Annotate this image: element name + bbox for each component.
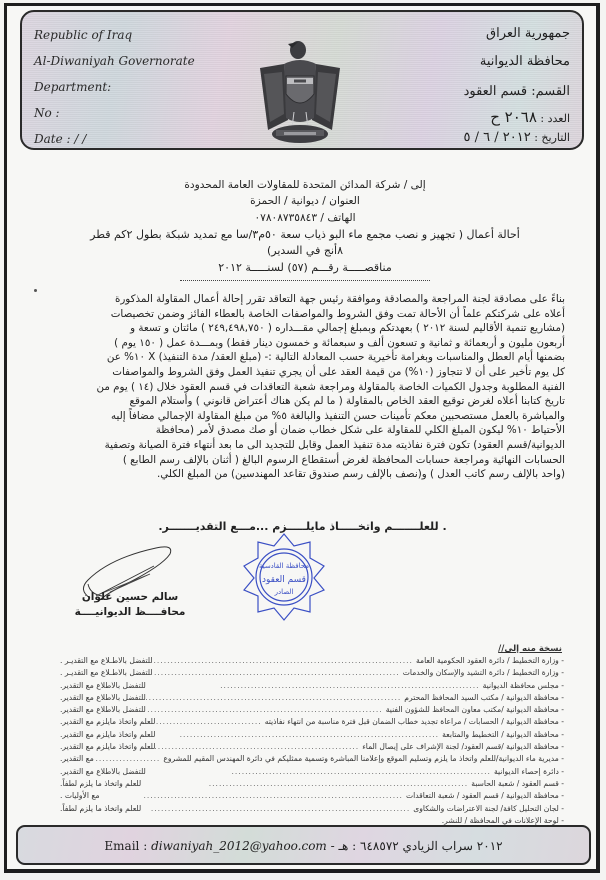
- body-line: الفنية المطلوبة وجدول الكميات الخاصة بال…: [40, 380, 565, 395]
- copy-recipient: - قسم العقود / شعبة الحاسبة: [471, 778, 564, 790]
- header-ar-department: القسم: قسم العقود: [464, 84, 570, 99]
- margin-mark: [34, 289, 37, 292]
- header-en-governorate: Al-Diwaniyah Governorate: [34, 54, 195, 68]
- copy-item: - مديرية ماء الديوانية/للعلم واتخاذ ما ي…: [60, 753, 564, 765]
- body-line: الديوانية/قسم العقود) تكون فترة نفاذيته …: [40, 438, 565, 453]
- email-address[interactable]: diwaniyah_2012@yahoo.com: [151, 839, 327, 853]
- copy-item: - مجلس محافظة الديوانية.................…: [60, 680, 564, 692]
- body-line: كل يوم تأخير على أن لا تتجاوز (١٠%) من ق…: [40, 365, 565, 380]
- copy-recipient: - وزارة التخطيط / دائرة التشيد والإسكان …: [403, 667, 564, 679]
- body-line: بناءً على مصادقة لجنة المراجعة والمصادقة…: [40, 292, 565, 307]
- copy-item: - محافظة الديوانية /مكتب معاون المحافظ ل…: [60, 704, 564, 716]
- addressee-to: إلى / شركة المدائن المتحدة للمقاولات الع…: [30, 178, 580, 193]
- tender-number: مناقصـــــة رقـــم (٥٧) لسنـــــة ٢٠١٢: [30, 261, 580, 276]
- subject-line-1: أحالة أعمال ( تجهيز و نصب مجمع ماء البو …: [30, 228, 580, 243]
- copy-action: للتفضل بالاطلاع مع التقدير.: [60, 704, 146, 716]
- body-line: تاريخ كتابنا أعلاه لغرض توقيع العقد الخا…: [40, 394, 565, 409]
- body-line: الحسابات النهائية ومراجعة حسابات المحافظ…: [40, 453, 565, 468]
- body-line: والمباشرة بالعمل مستصحبين معكم تأمينات ح…: [40, 409, 565, 424]
- copy-item: - لجان التحليل كافة/ لجنة الاعتراضات وال…: [60, 803, 564, 815]
- footer-separator: -: [327, 839, 339, 853]
- signatory-name: سالم حسين علوان: [70, 590, 190, 605]
- stamp-line-1: محافظة القادسية: [259, 562, 309, 570]
- copy-item: - محافظة الديوانية / قسم العقود / شعبة ا…: [60, 790, 564, 802]
- copy-recipient: - دائرة إحصاء الديوانية: [494, 766, 564, 778]
- email-label: Email :: [104, 839, 147, 853]
- copy-item: - وزارة التخطيط / دائرة التشيد والإسكان …: [60, 667, 564, 679]
- copy-action: للتفضل بالاطلاع مع التقدير.: [60, 692, 146, 704]
- body-line: الأحتياط ١٠% ليكون المبلغ الكلي للمقاولة…: [40, 423, 565, 438]
- body-line: (واحد بالإلف رسم كاتب العدل ) و(نصف بالإ…: [40, 467, 565, 482]
- letter-body: بناءً على مصادقة لجنة المراجعة والمصادقة…: [40, 292, 565, 482]
- stamp-line-2: قسم العقود: [262, 575, 306, 585]
- copy-action: مع التقدير.: [60, 753, 94, 765]
- copy-recipient: - وزارة التخطيط / دائرة العقود الحكومية …: [416, 655, 564, 667]
- copy-item: - محافظة الديوانية / التخطيط والمتابعة..…: [60, 729, 564, 741]
- header-ar-governorate: محافظة الديوانية: [480, 54, 570, 69]
- copy-recipient: - مديرية ماء الديوانية/للعلم واتخاذ ما ي…: [163, 753, 564, 765]
- header-ar-number: العدد : ٢٠٦٨ ح: [490, 108, 570, 126]
- copy-action: للتفضل بالاطلاع مع التقدير.: [60, 680, 146, 692]
- copy-action: للتفضل بالاطـلاع مع التقديـر .: [60, 667, 153, 679]
- copy-action: للعلم واتخاذ مايلزم مع التقدير.: [60, 741, 155, 753]
- copy-item: - محافظة الديوانية /قسم العقود/ لجنة الإ…: [60, 741, 564, 753]
- iraq-eagle-emblem-icon: [254, 34, 346, 148]
- copy-recipient: - محافظة الديوانية / قسم العقود / شعبة ا…: [406, 790, 564, 802]
- copies-list: - وزارة التخطيط / دائرة العقود الحكومية …: [60, 655, 564, 827]
- signatory-block: سالم حسين علوان محافــــظ الديوانيــــة: [70, 590, 190, 620]
- footer-arabic-contact: ٢٠١٢ سراب الزيادي ٦٤٨٥٧٢ : هـ: [339, 839, 503, 853]
- copy-recipient: - محافظة الديوانية / الحسابات / مراعاة ت…: [265, 716, 564, 728]
- stamp-line-3: الصادر: [274, 588, 294, 596]
- copy-action: للعلم واتخاذ ما يلزم لطفاً.: [60, 778, 141, 790]
- header-ar-country: جمهورية العراق: [486, 26, 570, 41]
- subject-line-2: ٨أنج في السدير): [30, 244, 580, 259]
- copy-item: - وزارة التخطيط / دائرة العقود الحكومية …: [60, 655, 564, 667]
- copy-recipient: - مجلس محافظة الديوانية: [483, 680, 564, 692]
- copy-recipient: - محافظة الديوانية /مكتب معاون المحافظ ل…: [386, 704, 564, 716]
- copy-action: للعلم واتخاذ مايلزم مع التقدير.: [60, 729, 155, 741]
- copy-action: للعلم واتخاذ مايلزم مع التقدير.: [60, 716, 155, 728]
- header-en-number: No :: [34, 106, 60, 120]
- copy-item: - دائرة إحصاء الديوانية.................…: [60, 766, 564, 778]
- body-line: بضمنها أيام العطل والمناسبات وبغرامة تأخ…: [40, 350, 565, 365]
- copies-title: نسخة منه إلى//: [498, 644, 562, 654]
- footer-bar: Email : diwaniyah_2012@yahoo.com - ٢٠١٢ …: [16, 825, 591, 865]
- copy-item: - محافظة الديوانية / مكتب السيد المحافظ …: [60, 692, 564, 704]
- body-line: أعلاه على شركتكم علماً أن الأحالة تمت وف…: [40, 307, 565, 322]
- copy-action: للتفضل بالاطلاع مع التقدير.: [60, 766, 146, 778]
- copy-action: للعلم واتخاذ ما يلزم لطفاً.: [60, 803, 141, 815]
- body-line: أربعون مليون و أربعمائة و ثمانية و تسعون…: [40, 336, 565, 351]
- separator-dots: [180, 280, 430, 281]
- official-stamp-icon: محافظة القادسية قسم العقود الصادر: [240, 532, 328, 622]
- signatory-title: محافــــظ الديوانيــــة: [70, 605, 190, 620]
- header-en-country: Republic of Iraq: [34, 28, 132, 42]
- body-line: (مشاريع تنمية الأقاليم لسنة ٢٠١٢ ) بعهدت…: [40, 321, 565, 336]
- copy-recipient: - محافظة الديوانية / مكتب السيد المحافظ …: [404, 692, 564, 704]
- addressee-phone: الهاتف / ٠٧٨٠٨٧٣٥٨٤٣: [30, 211, 580, 226]
- number-label: العدد :: [540, 112, 570, 125]
- footer-contact: Email : diwaniyah_2012@yahoo.com - ٢٠١٢ …: [18, 839, 589, 853]
- header-ar-date: التاريخ : ٢٠١٢ / ٦ / ٥: [464, 130, 570, 145]
- copy-recipient: - محافظة الديوانية /قسم العقود/ لجنة الإ…: [362, 741, 564, 753]
- date-label: التاريخ :: [534, 131, 570, 144]
- letterhead: Republic of Iraq Al-Diwaniyah Governorat…: [20, 10, 584, 150]
- copy-item: - محافظة الديوانية / الحسابات / مراعاة ت…: [60, 716, 564, 728]
- copy-recipient: - لجان التحليل كافة/ لجنة الاعتراضات وال…: [413, 803, 564, 815]
- date-value: ٢٠١٢ / ٦ / ٥: [464, 130, 531, 145]
- header-en-date: Date : / /: [34, 132, 86, 146]
- copy-item: - قسم العقود / شعبة الحاسبة.............…: [60, 778, 564, 790]
- header-en-department: Department:: [34, 80, 111, 94]
- copy-action: للتفضل بالاطـلاع مع التقديـر .: [60, 655, 153, 667]
- number-value: ٢٠٦٨ ح: [490, 108, 537, 126]
- copy-recipient: - محافظة الديوانية / التخطيط والمتابعة: [442, 729, 564, 741]
- copy-action: مع الأوليات .: [60, 790, 100, 802]
- addressee-address: العنوان / ديوانية / الحمزة: [30, 194, 580, 209]
